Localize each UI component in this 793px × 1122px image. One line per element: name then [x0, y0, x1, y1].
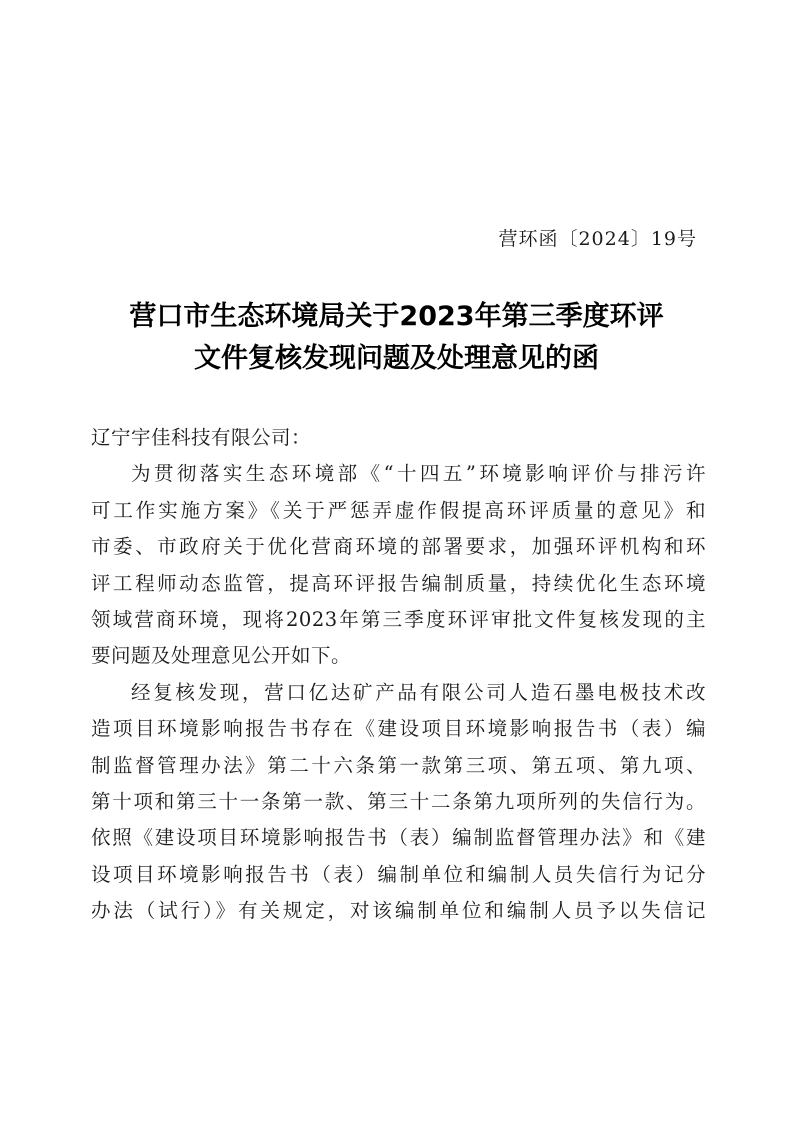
title-line-1: 营口市生态环境局关于2023年第三季度环评 [0, 296, 793, 338]
paragraph-line: 办法（试行）》有关规定，对该编制单位和编制人员予以失信记 [91, 893, 706, 929]
paragraph-line: 领域营商环境，现将2023年第三季度环评审批文件复核发现的主 [91, 602, 706, 638]
paragraph-line: 评工程师动态监管，提高环评报告编制质量，持续优化生态环境 [91, 566, 706, 602]
paragraph-line: 市委、市政府关于优化营商环境的部署要求，加强环评机构和环 [91, 529, 706, 565]
paragraph-2: 经复核发现，营口亿达矿产品有限公司人造石墨电极技术改 造项目环境影响报告书存在《… [91, 675, 706, 930]
document-title: 营口市生态环境局关于2023年第三季度环评 文件复核发现问题及处理意见的函 [0, 296, 793, 380]
paragraph-line: 依照《建设项目环境影响报告书（表）编制监督管理办法》和《建 [91, 820, 706, 856]
paragraph-line: 制监督管理办法》第二十六条第一款第三项、第五项、第九项、 [91, 748, 706, 784]
paragraph-line: 为贯彻落实生态环境部《“十四五”环境影响评价与排污许 [91, 456, 706, 492]
paragraph-line: 经复核发现，营口亿达矿产品有限公司人造石墨电极技术改 [91, 675, 706, 711]
paragraph-line: 设项目环境影响报告书（表）编制单位和编制人员失信行为记分 [91, 857, 706, 893]
title-line-2: 文件复核发现问题及处理意见的函 [0, 338, 793, 380]
paragraph-line: 第十项和第三十一条第一款、第三十二条第九项所列的失信行为。 [91, 784, 706, 820]
recipient: 辽宁宇佳科技有限公司： [91, 420, 706, 456]
paragraph-line: 造项目环境影响报告书存在《建设项目环境影响报告书（表）编 [91, 711, 706, 747]
paragraph-line: 要问题及处理意见公开如下。 [91, 638, 706, 674]
paragraph-line: 可工作实施方案》《关于严惩弄虚作假提高环评质量的意见》和 [91, 493, 706, 529]
document-number: 营环函〔2024〕19号 [498, 224, 697, 251]
paragraph-1: 为贯彻落实生态环境部《“十四五”环境影响评价与排污许 可工作实施方案》《关于严惩… [91, 456, 706, 674]
document-body: 辽宁宇佳科技有限公司： 为贯彻落实生态环境部《“十四五”环境影响评价与排污许 可… [91, 420, 706, 929]
